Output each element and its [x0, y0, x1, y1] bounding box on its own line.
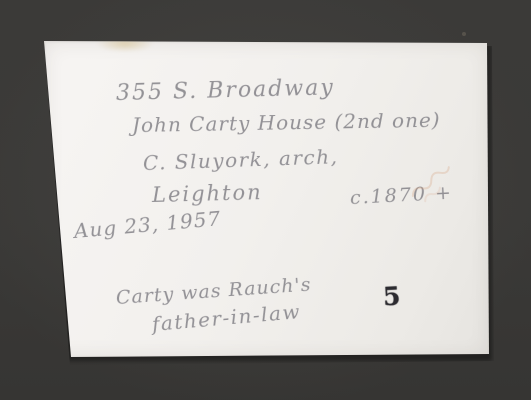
stain-mark	[96, 36, 154, 52]
dust-speck	[462, 32, 466, 36]
faint-orange-transfer-mark	[392, 141, 468, 217]
handwritten-line-architect: C. Sluyork, arch,	[143, 144, 339, 175]
handwritten-line-address: 355 S. Broadway	[116, 75, 335, 106]
stamped-number: 5	[382, 282, 401, 312]
handwritten-line-noted-date: Aug 23, 1957	[73, 206, 222, 243]
handwritten-line-location: Leighton	[152, 180, 263, 207]
photo-backdrop: 355 S. Broadway John Carty House (2nd on…	[0, 0, 531, 400]
handwritten-line-title: John Carty House (2nd one)	[132, 108, 441, 137]
annotation-card: 355 S. Broadway John Carty House (2nd on…	[44, 41, 490, 358]
